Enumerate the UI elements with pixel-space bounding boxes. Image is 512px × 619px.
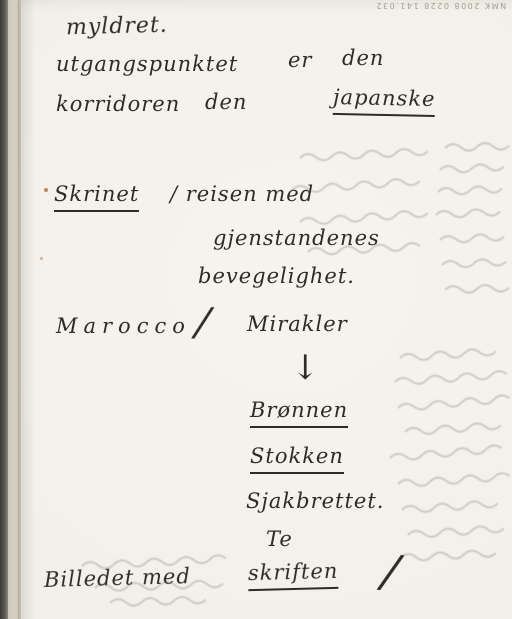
- notebook-page-stack-edge: [8, 0, 18, 619]
- down-arrow-mark: ↓: [291, 348, 321, 388]
- underlined-word: Stokken: [250, 444, 344, 474]
- handwritten-line-3-word-2: den: [205, 90, 247, 114]
- handwritten-line-1: myldret.: [66, 13, 168, 41]
- underlined-word: japanske: [333, 85, 436, 117]
- scanned-notebook-page: { "document": { "archive_stamp": "NMK 20…: [0, 0, 512, 619]
- underlined-word: Skrinet: [54, 182, 139, 212]
- handwritten-bottom-line-start: Billedet med: [44, 564, 191, 592]
- handwritten-line-4-continuation: / reisen med: [170, 182, 314, 206]
- handwritten-list-item-3: Sjakbrettet.: [246, 489, 384, 513]
- handwritten-line-3-word-1: korridoren: [56, 92, 180, 116]
- handwritten-list-item-1: Brønnen: [250, 398, 348, 428]
- underlined-word: skriften: [248, 559, 339, 591]
- page-gutter-shadow: [21, 0, 35, 619]
- handwritten-line-2-word-2: er: [288, 48, 312, 72]
- handwritten-line-2-word-3: den: [342, 46, 384, 70]
- handwritten-bottom-line-underlined: skriften: [248, 559, 339, 591]
- handwritten-line-5: gjenstandenes: [213, 226, 380, 250]
- handwritten-list-item-2: Stokken: [250, 444, 344, 474]
- handwritten-heading-skrinet: Skrinet: [54, 182, 139, 212]
- handwritten-line-6: bevegelighet.: [198, 264, 355, 288]
- underlined-word: Brønnen: [250, 398, 348, 428]
- handwritten-line-3-word-underlined: japanske: [333, 86, 435, 116]
- handwritten-line-2-word-1: utgangspunktet: [56, 52, 238, 76]
- paper-speck: [40, 257, 43, 260]
- archive-stamp: NMK 2008 0228 141.032: [375, 1, 506, 10]
- handwritten-heading-marocco: Marocco: [56, 314, 191, 338]
- paper-speck: [44, 188, 48, 192]
- handwritten-list-item-4: Te: [266, 527, 293, 551]
- notebook-binding-dark-edge: [0, 0, 8, 619]
- handwritten-line-7-value: Mirakler: [247, 312, 348, 336]
